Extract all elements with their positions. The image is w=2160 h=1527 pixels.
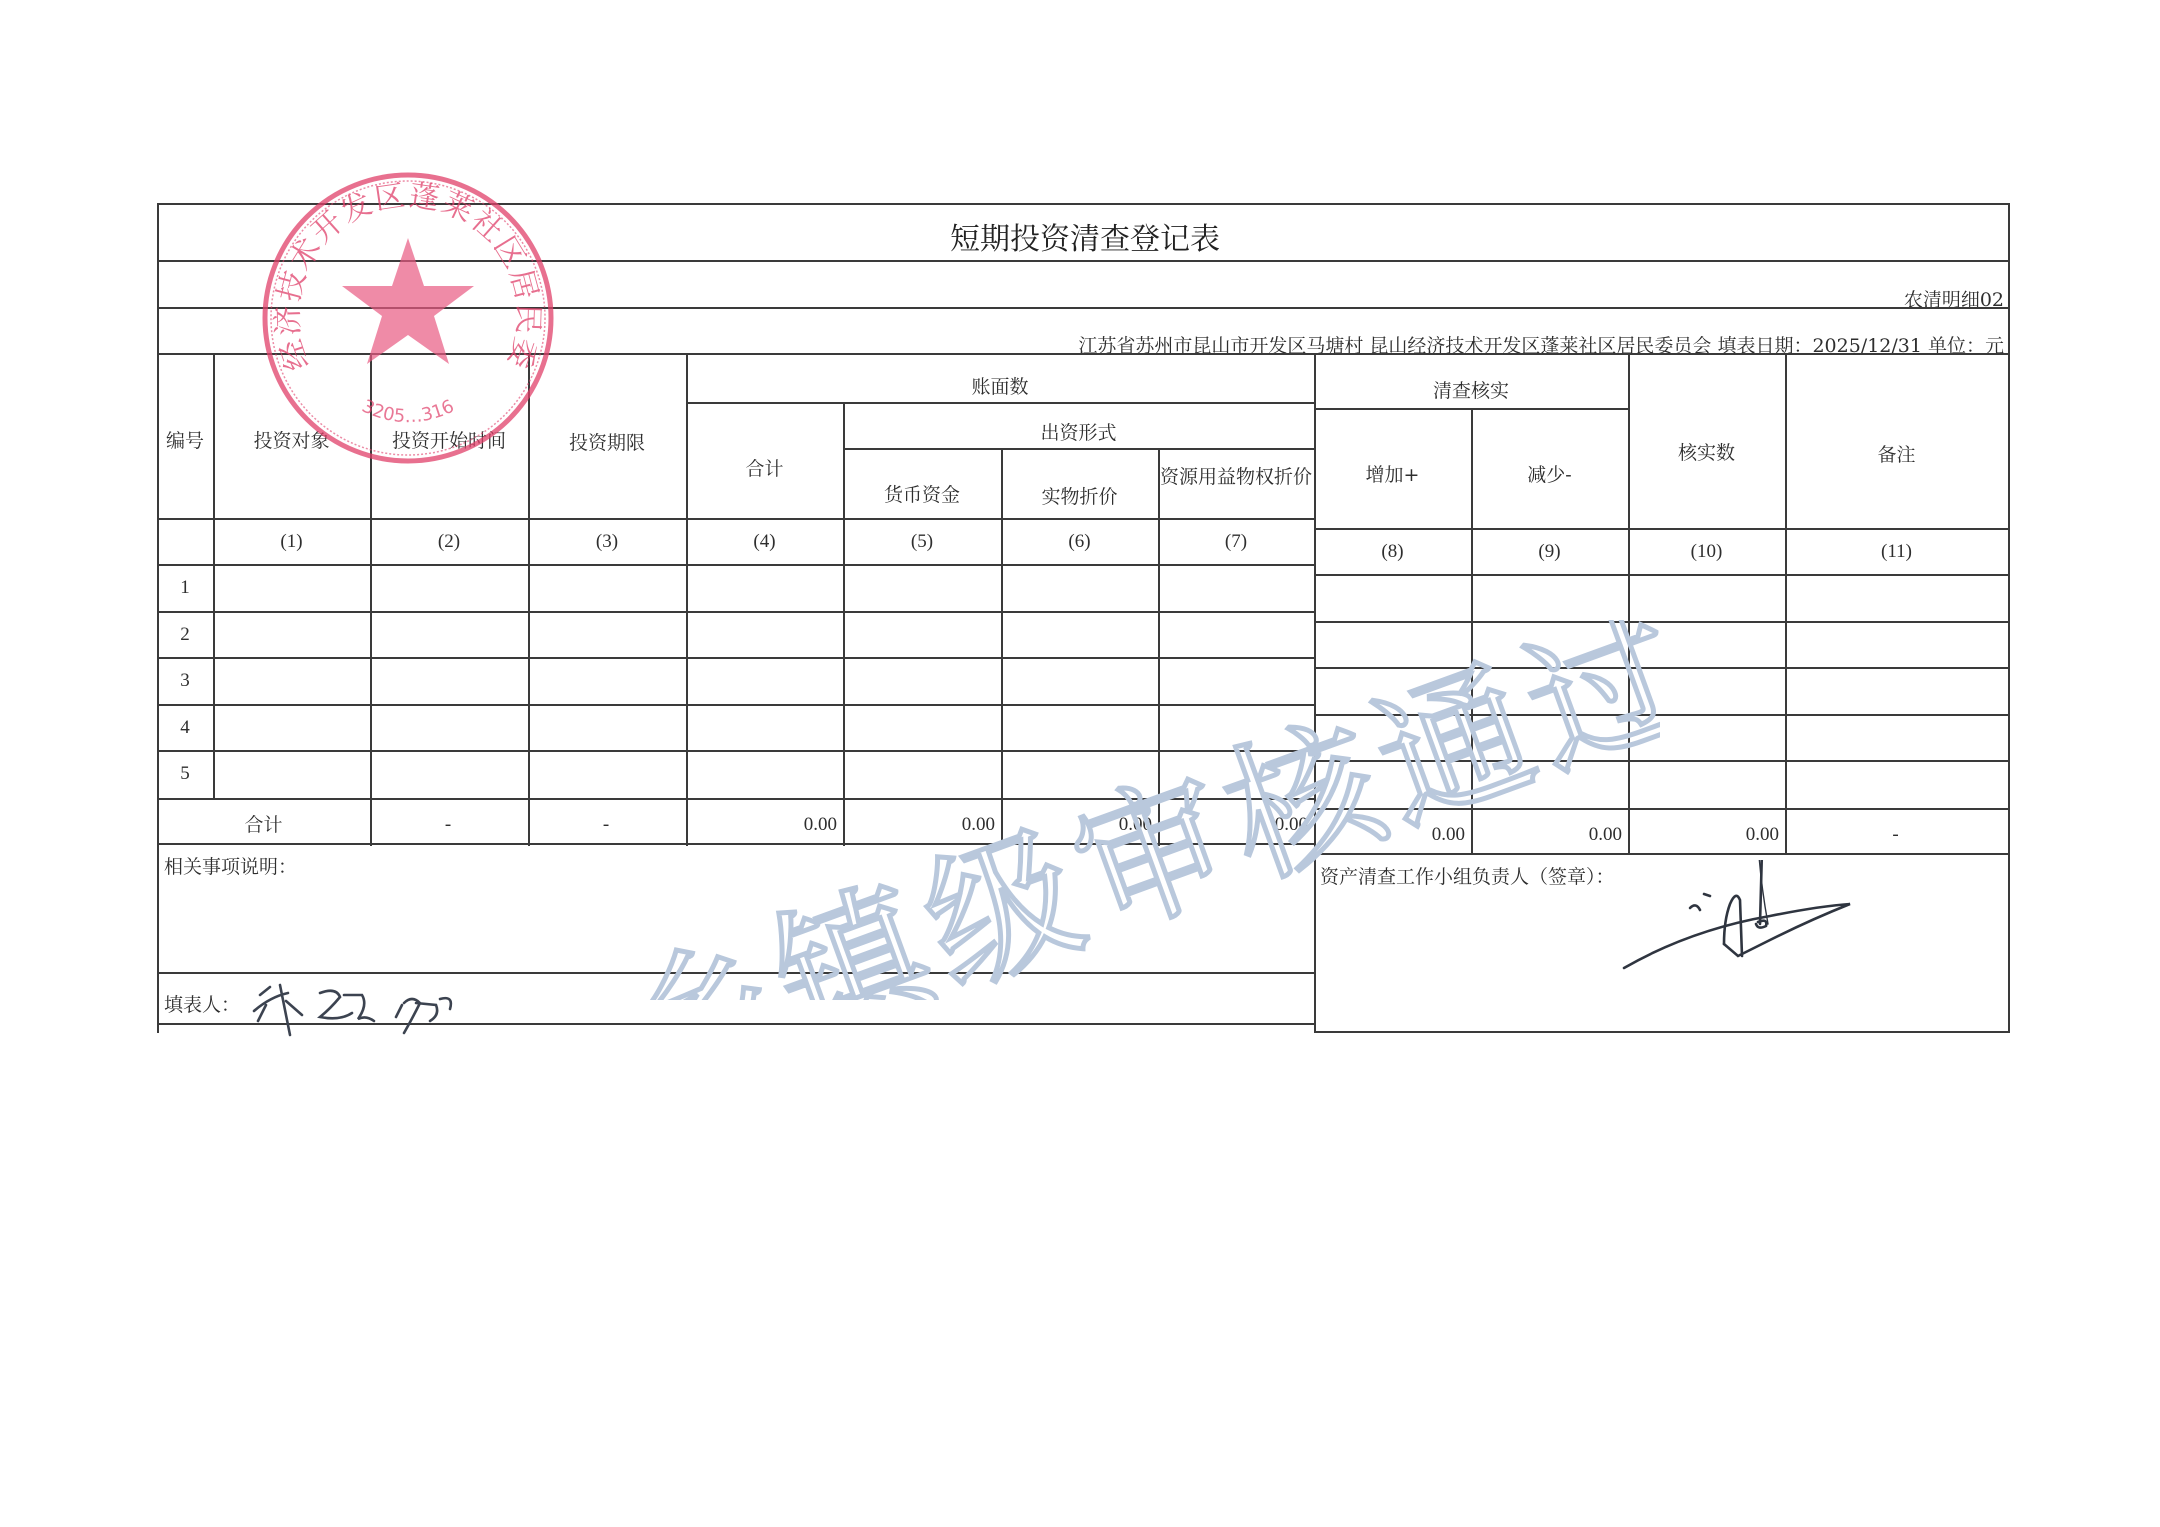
- header-term: 投资期限: [528, 428, 686, 455]
- rule: [1314, 760, 2010, 762]
- rule: [1314, 408, 1628, 410]
- total-cell: -: [1789, 824, 2002, 846]
- row-id: 2: [157, 624, 213, 646]
- rule: [528, 353, 530, 846]
- header-id: 编号: [157, 426, 213, 453]
- preparer-signature: [240, 975, 480, 1045]
- rule: [157, 972, 1314, 974]
- rule: [843, 402, 845, 846]
- total-label: 合计: [157, 810, 370, 837]
- column-number: (2): [370, 531, 528, 553]
- rule: [1314, 528, 2010, 530]
- rule: [157, 518, 1314, 520]
- page-title: 短期投资清查登记表: [160, 214, 2010, 258]
- preparer-label: 填表人：: [164, 990, 240, 1017]
- rule: [157, 843, 1314, 845]
- header-decrease: 减少-: [1471, 460, 1628, 487]
- total-cell: 0.00: [690, 814, 837, 836]
- row-id: 3: [157, 670, 213, 692]
- column-number: (6): [1001, 531, 1158, 553]
- total-cell: 0.00: [1318, 824, 1465, 846]
- column-number: (10): [1628, 541, 1785, 563]
- total-cell: -: [374, 814, 522, 836]
- rule: [843, 448, 1314, 450]
- rule: [157, 307, 2010, 309]
- rule: [157, 564, 1314, 566]
- total-cell: 0.00: [1162, 814, 1308, 836]
- rule: [1314, 1031, 2010, 1033]
- rule: [1628, 353, 1630, 854]
- rule: [1785, 353, 1787, 854]
- column-number: (9): [1471, 541, 1628, 563]
- rule: [157, 750, 1314, 752]
- header-increase: 增加+: [1314, 460, 1471, 487]
- column-number: (1): [213, 531, 370, 553]
- header-physical: 实物折价: [1001, 482, 1158, 509]
- rule: [157, 1023, 1314, 1025]
- total-cell: 0.00: [1475, 824, 1622, 846]
- svg-text:3205…316: 3205…316: [359, 396, 458, 428]
- rule: [157, 353, 2010, 355]
- header-book-value: 账面数: [686, 372, 1314, 399]
- rule: [157, 260, 2010, 262]
- rule: [157, 704, 1314, 706]
- svg-text:昆山经济技术开发区蓬莱社区居民委员会: 昆山经济技术开发区蓬莱社区居民委员会: [258, 168, 545, 375]
- rule: [157, 203, 2010, 205]
- row-id: 1: [157, 577, 213, 599]
- notes-label: 相关事项说明：: [164, 852, 297, 879]
- cleanup-register-sheet: 短期投资清查登记表 农清明细02 江苏省苏州市昆山市开发区马塘村 昆山经济技术开…: [0, 0, 2160, 1527]
- total-cell: 0.00: [1632, 824, 1779, 846]
- rule: [686, 353, 688, 846]
- rule: [1314, 353, 1316, 1033]
- rule: [1314, 714, 2010, 716]
- total-cell: 0.00: [1005, 814, 1152, 836]
- total-cell: -: [532, 814, 680, 836]
- column-number: (8): [1314, 541, 1471, 563]
- column-number: (11): [1785, 541, 2008, 563]
- header-cash: 货币资金: [843, 480, 1001, 507]
- official-seal-stamp: 昆山经济技术开发区蓬莱社区居民委员会 3205…316: [258, 168, 558, 468]
- header-verified: 核实数: [1628, 438, 1785, 465]
- rule: [1158, 448, 1160, 846]
- rule: [157, 657, 1314, 659]
- rule: [2008, 203, 2010, 1033]
- total-cell: 0.00: [847, 814, 995, 836]
- column-number: (7): [1158, 531, 1314, 553]
- notes-field[interactable]: [240, 880, 1300, 960]
- leader-label: 资产清查工作小组负责人（签章）：: [1320, 862, 1615, 889]
- rule: [1314, 621, 2010, 623]
- rule: [157, 203, 159, 1033]
- column-number: (4): [686, 531, 843, 553]
- rule: [1314, 667, 2010, 669]
- rule: [213, 353, 215, 800]
- rule: [686, 402, 1314, 404]
- row-id: 5: [157, 763, 213, 785]
- rule: [1314, 808, 2010, 810]
- header-subtotal: 合计: [686, 454, 843, 481]
- header-target: 投资对象: [213, 426, 370, 453]
- column-number: (5): [843, 531, 1001, 553]
- rule: [157, 611, 1314, 613]
- rule: [157, 798, 1314, 800]
- header-resource-rights: 资源用益物权折价: [1160, 464, 1312, 490]
- leader-signature: [1610, 860, 1910, 1020]
- column-number: (3): [528, 531, 686, 553]
- row-id: 4: [157, 717, 213, 739]
- header-verification: 清查核实: [1314, 376, 1628, 403]
- rule: [1314, 574, 2010, 576]
- rule: [1314, 853, 2010, 855]
- header-start-time: 投资开始时间: [370, 426, 528, 453]
- header-contribution-form: 出资形式: [843, 418, 1314, 445]
- header-remarks: 备注: [1785, 440, 2008, 467]
